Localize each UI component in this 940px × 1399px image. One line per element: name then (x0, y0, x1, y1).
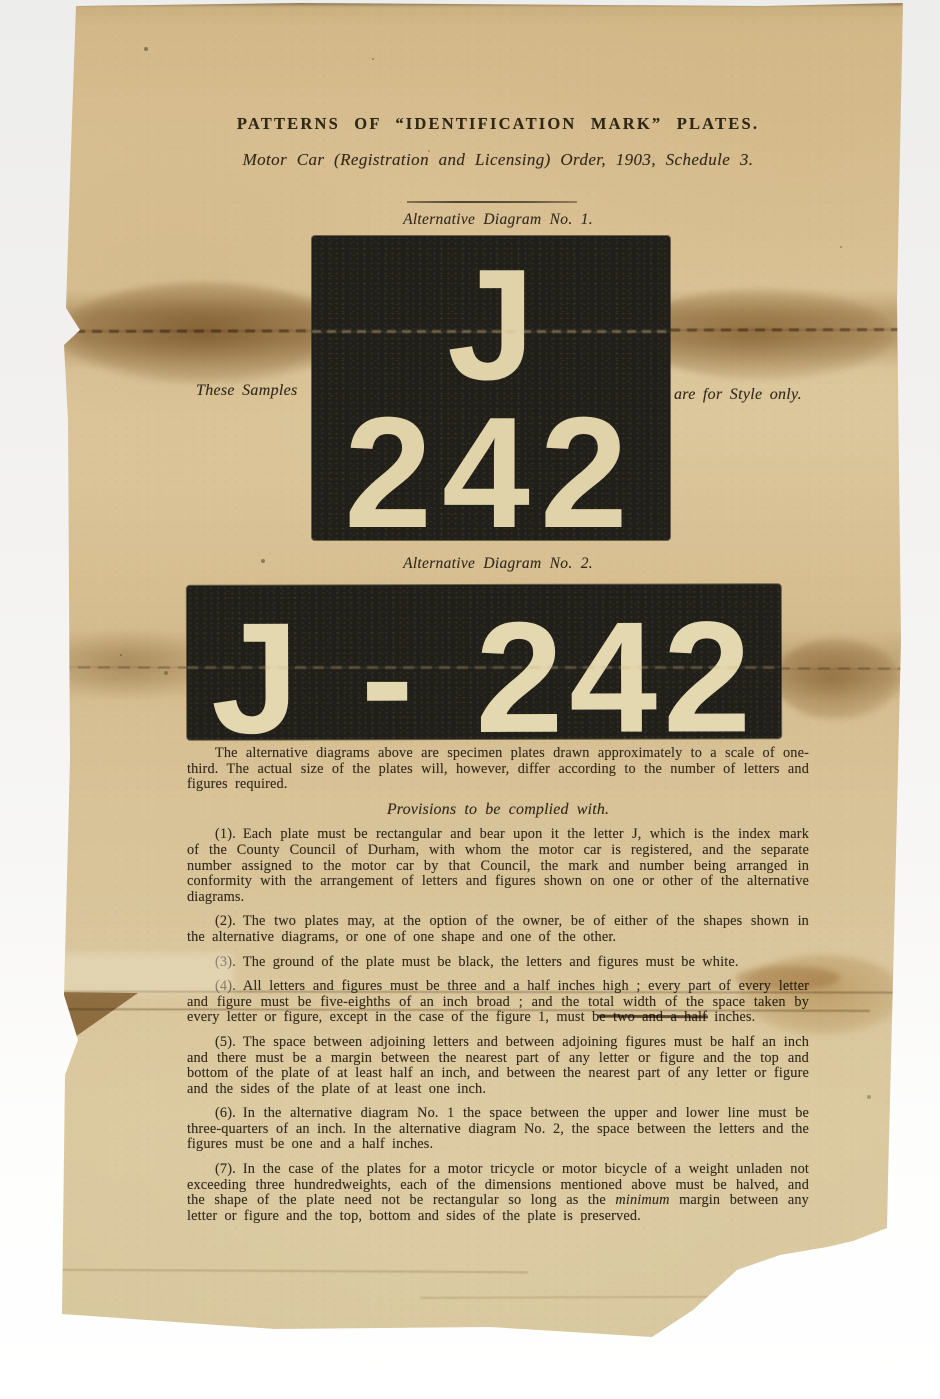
provision-3: (3).The ground of the plate must be blac… (187, 955, 809, 971)
fold-stain-band-1-right (635, 288, 895, 380)
page-title: PATTERNS OF “IDENTIFICATION MARK” PLATES… (187, 114, 809, 134)
provision-1: (1).Each plate must be rectangular and b… (187, 827, 809, 905)
paper-specks (0, 0, 2, 2)
fold-stain-band-2-right (775, 638, 900, 720)
provisions-text-column: The alternative diagrams above are speci… (187, 746, 809, 1233)
provision-1-text: Each plate must be rectangular and bear … (187, 826, 809, 904)
provision-4-text: All letters and figures must be three an… (187, 978, 809, 1025)
provision-5: (5).The space between adjoining letters … (187, 1035, 809, 1097)
plate2-registration: J - 242 (187, 598, 781, 758)
provision-5-text: The space between adjoining letters and … (187, 1034, 809, 1097)
plate1-number: 242 (312, 394, 670, 552)
paper-sheet: PATTERNS OF “IDENTIFICATION MARK” PLATES… (0, 0, 940, 1399)
provision-7-number: (7). (215, 1161, 236, 1177)
note-style-only: are for Style only. (674, 386, 802, 404)
paper-top-edge-shadow (78, 0, 902, 7)
provision-4: (4).All letters and figures must be thre… (187, 979, 809, 1026)
provision-3-number: (3). (215, 954, 236, 970)
scan-backdrop: { "document": { "title": "PATTERNS OF “I… (0, 0, 940, 1399)
fold-stain-band-1-left (58, 282, 348, 384)
scale-note-paragraph: The alternative diagrams above are speci… (187, 746, 809, 793)
plate1-letter: J (312, 246, 670, 404)
provision-2-text: The two plates may, at the option of the… (187, 913, 809, 945)
plate-diagram-1: J 242 (312, 236, 670, 540)
provision-7: (7).In the case of the plates for a moto… (187, 1162, 809, 1224)
fold-stain-band-2-left (58, 630, 198, 698)
bottom-crease-left (58, 1269, 528, 1273)
bottom-crease-right (420, 1295, 906, 1299)
provision-2-number: (2). (215, 913, 236, 929)
title-divider-rule (407, 201, 577, 203)
provision-6-number: (6). (215, 1105, 236, 1121)
diagram1-heading: Alternative Diagram No. 1. (187, 211, 809, 229)
note-these-samples: These Samples (196, 382, 298, 400)
provision-3-text: The ground of the plate must be black, t… (243, 954, 739, 970)
provision-6-text: In the alternative diagram No. 1 the spa… (187, 1105, 809, 1152)
left-edge-dark-chip (60, 992, 138, 1042)
provision-5-number: (5). (215, 1034, 236, 1050)
provision-6: (6).In the alternative diagram No. 1 the… (187, 1106, 809, 1153)
provision-7-italic-word: minimum (615, 1192, 669, 1208)
page-subtitle: Motor Car (Registration and Licensing) O… (187, 150, 809, 170)
provision-1-number: (1). (215, 826, 236, 842)
plate-diagram-2: J - 242 (187, 584, 781, 740)
provision-4-number: (4). (215, 978, 236, 994)
diagram2-heading: Alternative Diagram No. 2. (187, 555, 809, 573)
provision-2: (2).The two plates may, at the option of… (187, 914, 809, 945)
provisions-heading: Provisions to be complied with. (187, 802, 809, 818)
